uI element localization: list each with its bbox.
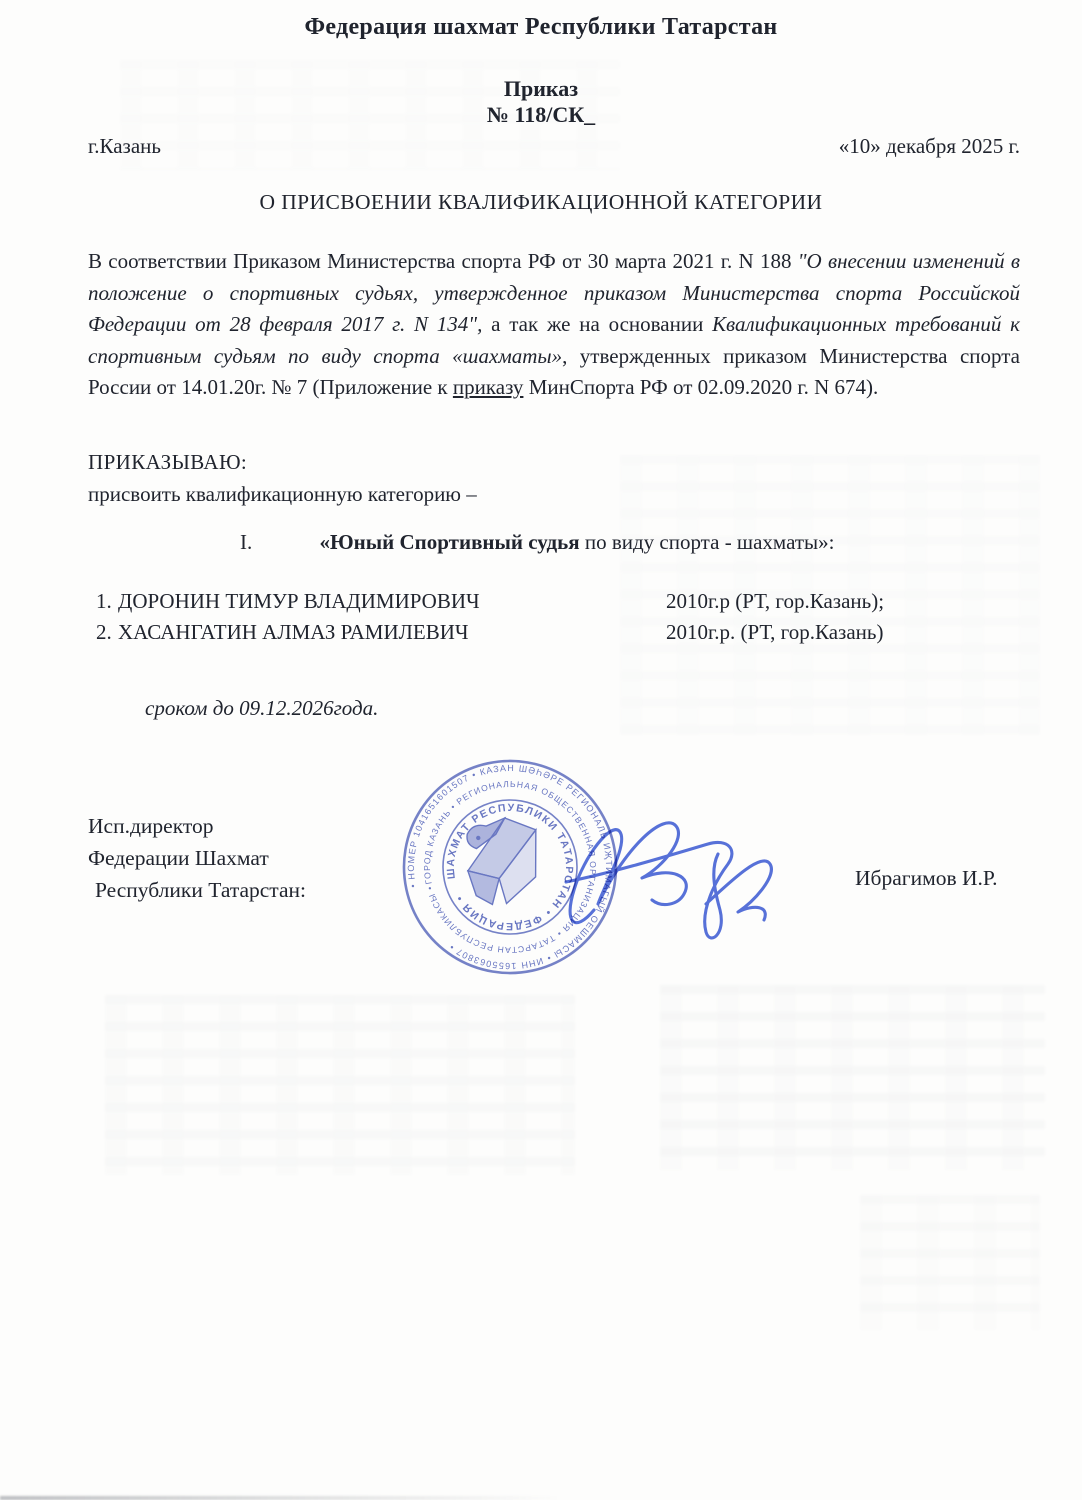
scanned-order-document: Федерация шахмат Республики Татарстан Пр…	[0, 0, 1082, 1500]
signature-ink-icon	[558, 782, 788, 957]
assign-line: присвоить квалификационную категорию –	[88, 482, 477, 507]
signature-role-block: Исп.директор Федерации Шахмат Республики…	[88, 810, 306, 906]
subject-heading: О ПРИСВОЕНИИ КВАЛИФИКАЦИОННОЙ КАТЕГОРИИ	[0, 190, 1082, 215]
intro-seg7: МинСпорта РФ от 02.09.2020 г. N 674).	[523, 375, 878, 399]
scan-bleed-noise	[860, 1195, 1040, 1330]
intro-seg6-underlined: приказу	[453, 375, 524, 399]
scan-bleed-noise	[660, 985, 1045, 1170]
intro-paragraph: В соответствии Приказом Министерства спо…	[88, 246, 1020, 404]
item-name: ДОРОНИН ТИМУР ВЛАДИМИРОВИЧ	[118, 586, 666, 617]
scan-bleed-noise	[105, 995, 575, 1175]
validity-term: сроком до 09.12.2026года.	[145, 696, 378, 721]
org-title: Федерация шахмат Республики Татарстан	[0, 14, 1082, 41]
intro-seg1: В соответствии Приказом Министерства спо…	[88, 249, 798, 273]
scan-bleed-noise	[120, 60, 620, 170]
item-number: 1.	[88, 586, 118, 617]
item-number: 2.	[88, 617, 118, 648]
scan-edge-shadow	[0, 1496, 560, 1500]
handwritten-signature	[558, 782, 788, 957]
role-line-2: Федерации Шахмат	[88, 842, 306, 874]
doc-date: «10» декабря 2025 г.	[839, 134, 1020, 159]
category-name-bold: «Юный Спортивный судья	[320, 530, 580, 554]
command-word: ПРИКАЗЫВАЮ:	[88, 450, 247, 475]
roman-numeral: I.	[240, 530, 252, 554]
signer-name: Ибрагимов И.Р.	[855, 866, 998, 891]
item-name: ХАСАНГАТИН АЛМАЗ РАМИЛЕВИЧ	[118, 617, 666, 648]
intro-seg3: а так же на основании	[482, 312, 712, 336]
role-line-1: Исп.директор	[88, 810, 306, 842]
role-line-3: Республики Татарстан:	[88, 874, 306, 906]
scan-bleed-noise	[620, 455, 1040, 735]
